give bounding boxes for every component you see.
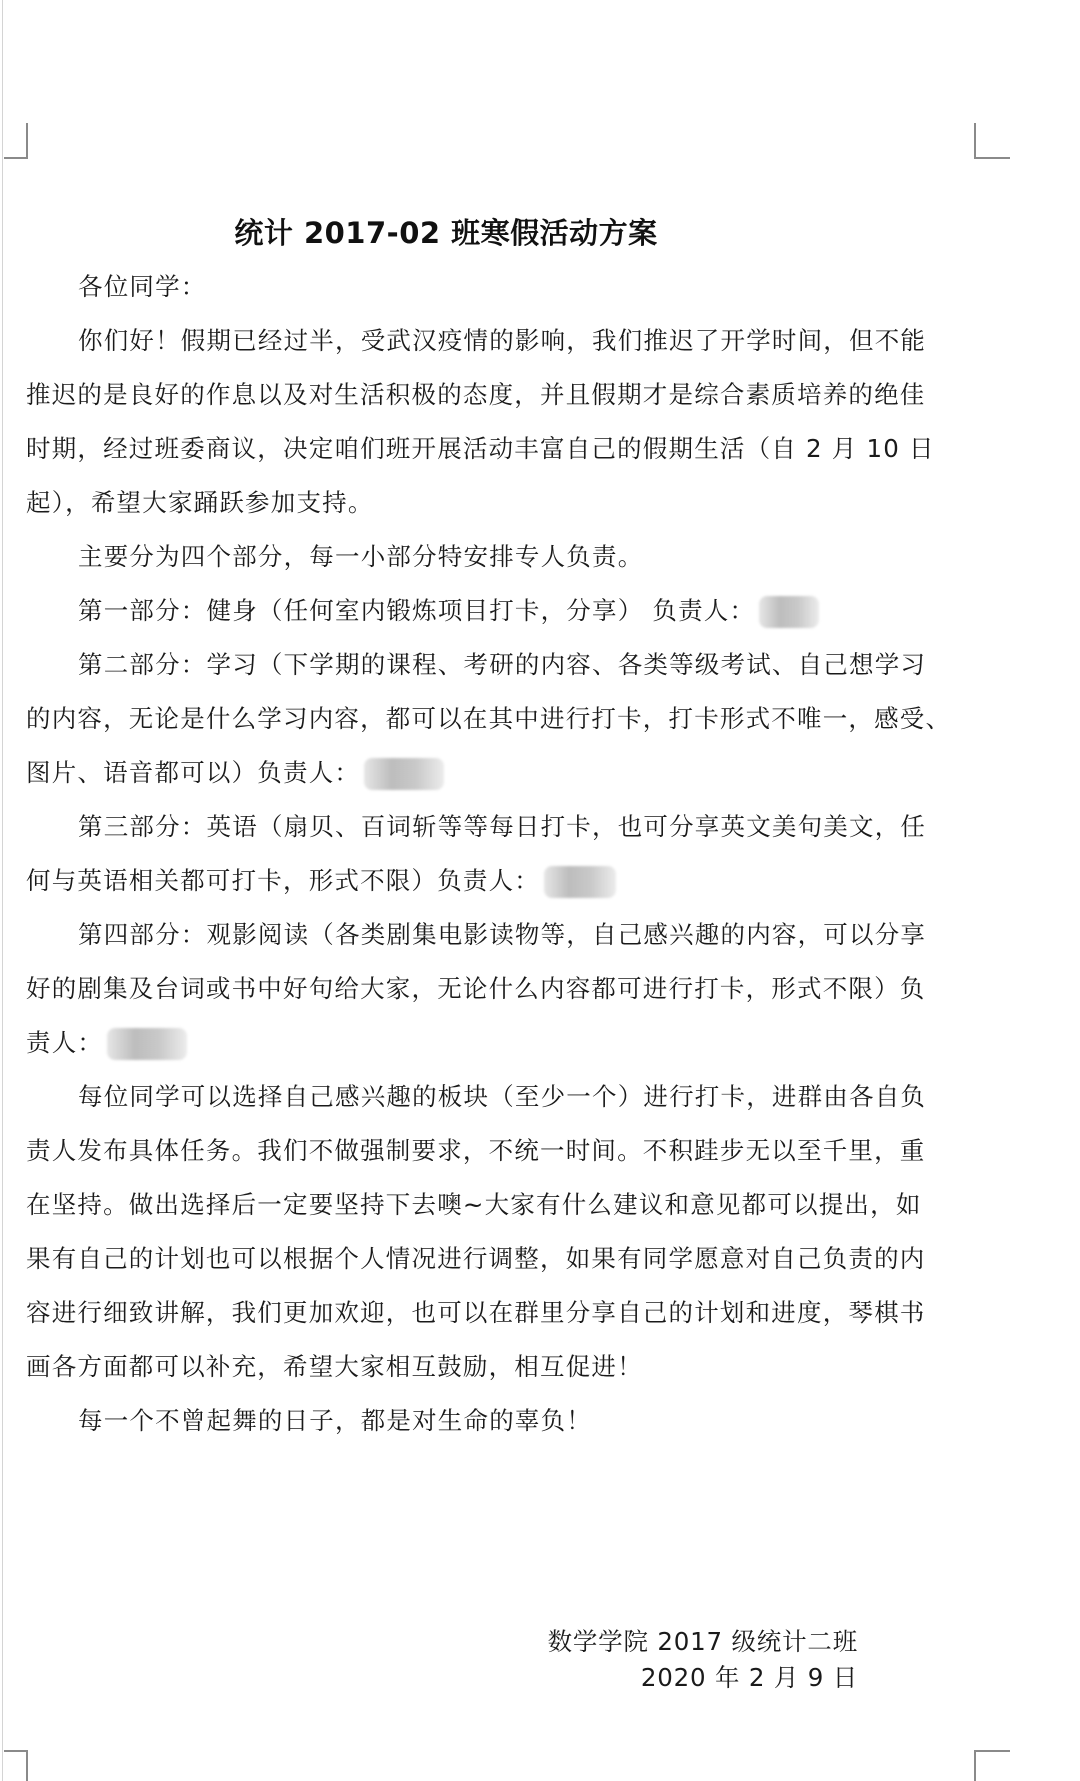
page-left-edge [2, 0, 3, 1781]
part-1-text: 第一部分：健身（任何室内锻炼项目打卡，分享） 负责人： [78, 596, 755, 625]
overview-paragraph: 主要分为四个部分，每一小部分特安排专人负责。 [26, 530, 866, 584]
salutation: 各位同学： [26, 260, 866, 314]
part-2-paragraph: 第二部分：学习（下学期的课程、考研的内容、各类等级考试、自己想学习 的内容，无论… [26, 638, 866, 800]
redacted-owner-name [759, 596, 819, 628]
closing-line: 容进行细致讲解，我们更加欢迎，也可以在群里分享自己的计划和进度，琴棋书 [26, 1286, 866, 1340]
closing-line: 在坚持。做出选择后一定要坚持下去噢~大家有什么建议和意见都可以提出，如 [26, 1178, 866, 1232]
intro-line: 你们好！假期已经过半，受武汉疫情的影响，我们推迟了开学时间，但不能 [26, 314, 866, 368]
part-4-paragraph: 第四部分：观影阅读（各类剧集电影读物等，自己感兴趣的内容，可以分享 好的剧集及台… [26, 908, 866, 1070]
intro-line: 推迟的是良好的作息以及对生活积极的态度，并且假期才是综合素质培养的绝佳 [26, 368, 866, 422]
part-2-line: 第二部分：学习（下学期的课程、考研的内容、各类等级考试、自己想学习 [26, 638, 866, 692]
margin-corner-bottom-right [974, 1750, 1010, 1781]
part-3-line: 何与英语相关都可打卡，形式不限）负责人： [26, 854, 866, 908]
margin-corner-top-left [4, 123, 28, 159]
margin-corner-bottom-left [4, 1750, 28, 1781]
part-3-text: 何与英语相关都可打卡，形式不限）负责人： [26, 866, 540, 895]
document-body: 统计 2017-02 班寒假活动方案 各位同学： 你们好！假期已经过半，受武汉疫… [26, 208, 866, 1448]
part-3-paragraph: 第三部分：英语（扇贝、百词斩等等每日打卡，也可分享英文美句美文，任 何与英语相关… [26, 800, 866, 908]
redacted-owner-name [107, 1028, 187, 1060]
signature-block: 数学学院 2017 级统计二班 2020 年 2 月 9 日 [548, 1624, 858, 1696]
closing-line: 每位同学可以选择自己感兴趣的板块（至少一个）进行打卡，进群由各自负 [26, 1070, 866, 1124]
redacted-owner-name [364, 758, 444, 790]
motto-text: 每一个不曾起舞的日子，都是对生命的辜负！ [26, 1394, 866, 1448]
intro-paragraph: 你们好！假期已经过半，受武汉疫情的影响，我们推迟了开学时间，但不能 推迟的是良好… [26, 314, 866, 530]
document-title: 统计 2017-02 班寒假活动方案 [26, 208, 866, 258]
part-3-line: 第三部分：英语（扇贝、百词斩等等每日打卡，也可分享英文美句美文，任 [26, 800, 866, 854]
part-4-line: 责人： [26, 1016, 866, 1070]
part-4-line: 好的剧集及台词或书中好句给大家，无论什么内容都可进行打卡，形式不限）负 [26, 962, 866, 1016]
intro-line: 起），希望大家踊跃参加支持。 [26, 476, 866, 530]
closing-paragraph: 每位同学可以选择自己感兴趣的板块（至少一个）进行打卡，进群由各自负 责人发布具体… [26, 1070, 866, 1394]
part-2-text: 图片、语音都可以）负责人： [26, 758, 360, 787]
closing-line: 画各方面都可以补充，希望大家相互鼓励，相互促进！ [26, 1340, 866, 1394]
part-1-line: 第一部分：健身（任何室内锻炼项目打卡，分享） 负责人： [26, 584, 866, 638]
signature-organization: 数学学院 2017 级统计二班 [548, 1624, 858, 1660]
part-2-line: 的内容，无论是什么学习内容，都可以在其中进行打卡，打卡形式不唯一，感受、 [26, 692, 866, 746]
intro-line: 时期，经过班委商议，决定咱们班开展活动丰富自己的假期生活（自 2 月 10 日 [26, 422, 866, 476]
part-1-paragraph: 第一部分：健身（任何室内锻炼项目打卡，分享） 负责人： [26, 584, 866, 638]
part-2-line: 图片、语音都可以）负责人： [26, 746, 866, 800]
part-4-line: 第四部分：观影阅读（各类剧集电影读物等，自己感兴趣的内容，可以分享 [26, 908, 866, 962]
salutation-text: 各位同学： [26, 260, 866, 314]
overview-text: 主要分为四个部分，每一小部分特安排专人负责。 [26, 530, 866, 584]
motto-paragraph: 每一个不曾起舞的日子，都是对生命的辜负！ [26, 1394, 866, 1448]
signature-date: 2020 年 2 月 9 日 [548, 1660, 858, 1696]
margin-corner-top-right [974, 123, 1010, 159]
redacted-owner-name [544, 866, 616, 898]
closing-line: 责人发布具体任务。我们不做强制要求，不统一时间。不积跬步无以至千里，重 [26, 1124, 866, 1178]
part-4-text: 责人： [26, 1028, 103, 1057]
closing-line: 果有自己的计划也可以根据个人情况进行调整，如果有同学愿意对自己负责的内 [26, 1232, 866, 1286]
